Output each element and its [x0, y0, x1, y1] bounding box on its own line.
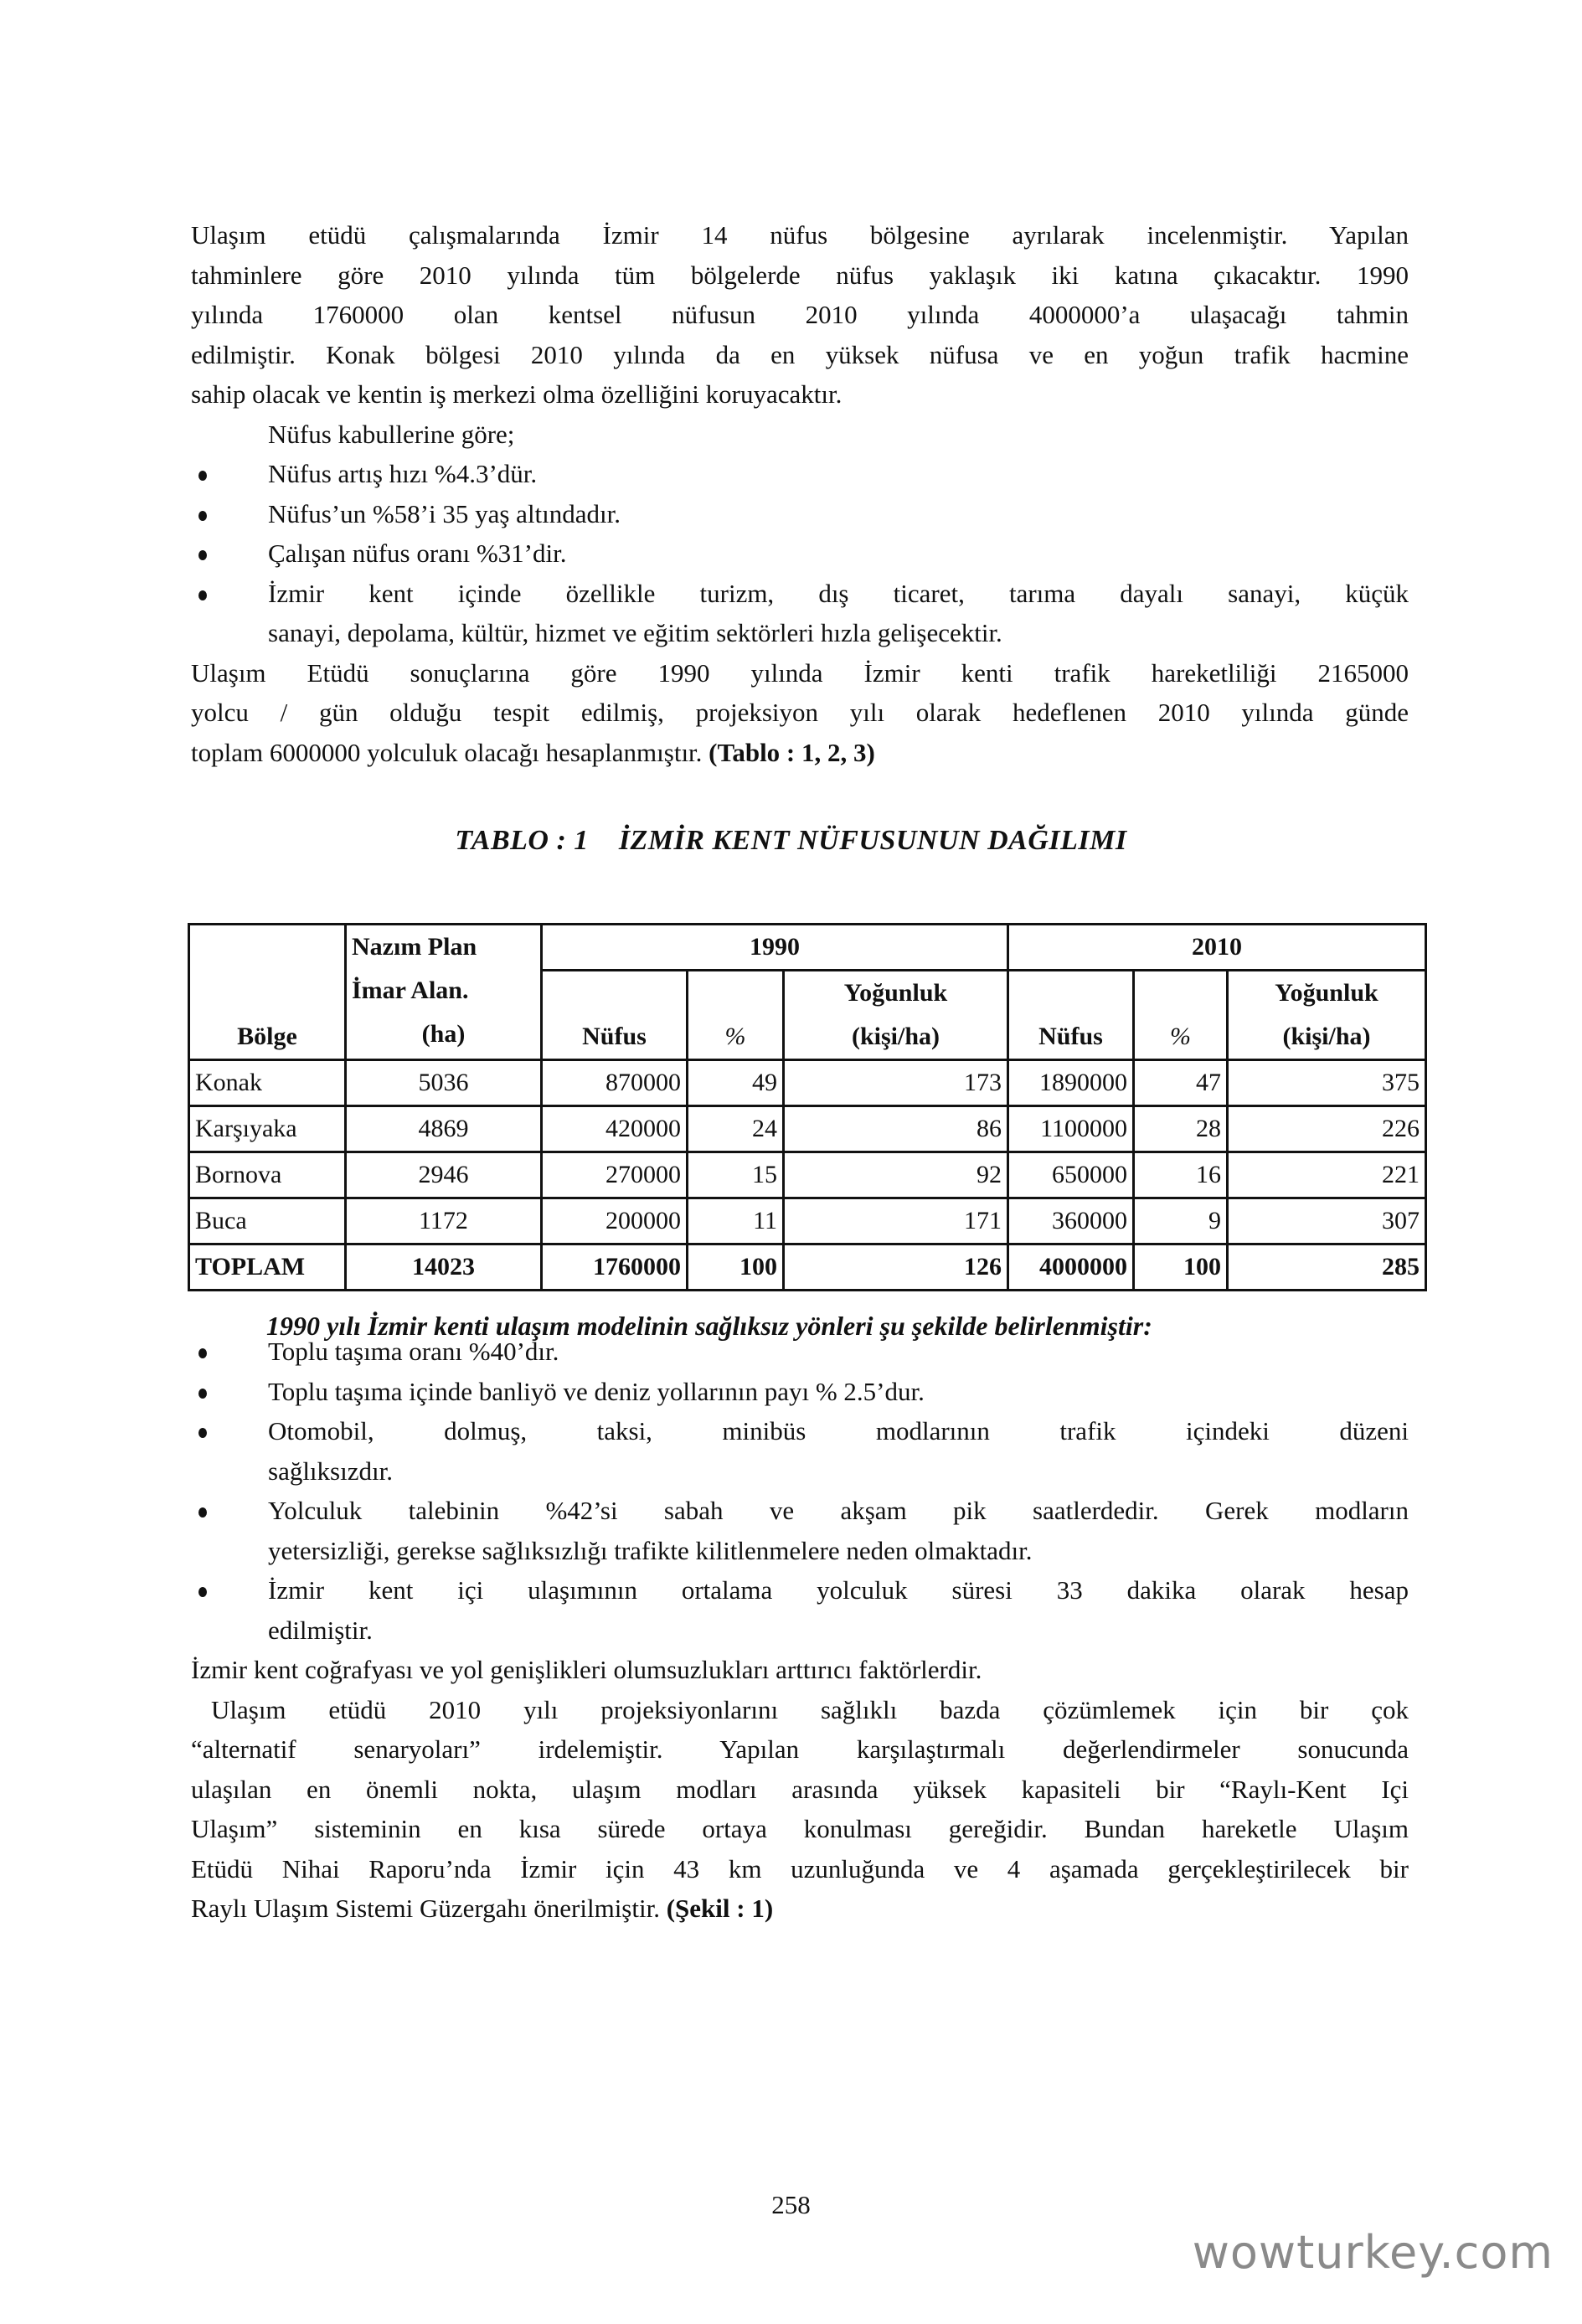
- page-number: 258: [0, 2190, 1582, 2220]
- table-cell-dens1990: 92: [784, 1152, 1008, 1198]
- table-cell-pct1990: 100: [688, 1244, 784, 1291]
- text-line: tahminlere göre 2010 yılında tüm bölgele…: [191, 255, 1409, 296]
- watermark: wowturkey.com: [1193, 2226, 1554, 2279]
- table-cell-region: TOPLAM: [189, 1244, 346, 1291]
- text-line: yolcu / gün olduğu tespit edilmiş, proje…: [191, 693, 1409, 733]
- list-item: Nüfus’un %58’i 35 yaş altındadır.: [191, 494, 1409, 534]
- table-cell-area: 1172: [346, 1198, 542, 1244]
- text-line: Ulaşım Etüdü sonuçlarına göre 1990 yılın…: [191, 653, 1409, 693]
- header-density-2010: Yoğunluk(kişi/ha): [1228, 971, 1426, 1060]
- problems-list: Toplu taşıma oranı %40’dır.Toplu taşıma …: [191, 1332, 1409, 1650]
- table-cell-region: Buca: [189, 1198, 346, 1244]
- table-cell-dens2010: 226: [1228, 1106, 1426, 1152]
- table-cell-area: 14023: [346, 1244, 542, 1291]
- table-row: Konak503687000049173189000047375: [189, 1060, 1426, 1106]
- assumptions-list: Nüfus artış hızı %4.3’dür. Nüfus’un %58’…: [191, 454, 1409, 653]
- table-cell-dens1990: 173: [784, 1060, 1008, 1106]
- table-cell-pop2010: 650000: [1008, 1152, 1134, 1198]
- paragraph-conclusion: Ulaşım etüdü 2010 yılı projeksiyonlarını…: [191, 1690, 1409, 1730]
- header-2010: 2010: [1008, 925, 1426, 971]
- table-cell-pop1990: 200000: [542, 1198, 688, 1244]
- header-region: Bölge: [189, 925, 346, 1060]
- text-line: Ulaşım etüdü çalışmalarında İzmir 14 nüf…: [191, 215, 1409, 255]
- table-cell-area: 5036: [346, 1060, 542, 1106]
- table-body: Konak503687000049173189000047375Karşıyak…: [189, 1060, 1426, 1291]
- header-population-2010: Nüfus: [1008, 971, 1134, 1060]
- table-cell-pct2010: 28: [1134, 1106, 1228, 1152]
- header-percent-1990: %: [688, 971, 784, 1060]
- table-total-row: TOPLAM1402317600001001264000000100285: [189, 1244, 1426, 1291]
- table-cell-pct2010: 16: [1134, 1152, 1228, 1198]
- table-cell-pop1990: 270000: [542, 1152, 688, 1198]
- table-row: Buca1172200000111713600009307: [189, 1198, 1426, 1244]
- text-line: edilmiştir. Konak bölgesi 2010 yılında d…: [191, 335, 1409, 375]
- list-item: Çalışan nüfus oranı %31’dir.: [191, 533, 1409, 574]
- header-density-1990: Yoğunluk(kişi/ha): [784, 971, 1008, 1060]
- table-cell-area: 4869: [346, 1106, 542, 1152]
- text-line: yılında 1760000 olan kentsel nüfusun 201…: [191, 295, 1409, 335]
- paragraph-intro: Ulaşım etüdü çalışmalarında İzmir 14 nüf…: [191, 215, 1409, 772]
- text-line: İzmir kent coğrafyası ve yol genişlikler…: [191, 1650, 1409, 1690]
- table-cell-pct1990: 24: [688, 1106, 784, 1152]
- table-row: Karşıyaka48694200002486110000028226: [189, 1106, 1426, 1152]
- list-item: İzmir kent içinde özellikle turizm, dış …: [191, 574, 1409, 653]
- list-item: Yolculuk talebinin %42’si sabah ve akşam…: [191, 1491, 1409, 1570]
- table-cell-region: Bornova: [189, 1152, 346, 1198]
- figure-reference: (Şekil : 1): [667, 1894, 773, 1923]
- table-cell-dens1990: 171: [784, 1198, 1008, 1244]
- table-cell-pct2010: 9: [1134, 1198, 1228, 1244]
- problems-section: Toplu taşıma oranı %40’dır.Toplu taşıma …: [191, 1332, 1409, 1929]
- table-cell-pct1990: 49: [688, 1060, 784, 1106]
- population-table: Bölge Nazım Plan İmar Alan. (ha) 1990 20…: [188, 923, 1427, 1291]
- list-item: Nüfus artış hızı %4.3’dür.: [191, 454, 1409, 494]
- table-cell-pct2010: 47: [1134, 1060, 1228, 1106]
- table-cell-dens1990: 126: [784, 1244, 1008, 1291]
- assumptions-intro: Nüfus kabullerine göre;: [191, 415, 1409, 455]
- table-reference: (Tablo : 1, 2, 3): [709, 738, 875, 767]
- list-item: İzmir kent içi ulaşımının ortalama yolcu…: [191, 1570, 1409, 1650]
- table-cell-pct2010: 100: [1134, 1244, 1228, 1291]
- header-1990: 1990: [542, 925, 1008, 971]
- table-cell-pop1990: 870000: [542, 1060, 688, 1106]
- table-cell-pop2010: 360000: [1008, 1198, 1134, 1244]
- table-title: TABLO : 1İZMİR KENT NÜFUSUNUN DAĞILIMI: [0, 825, 1582, 857]
- table-cell-pct1990: 11: [688, 1198, 784, 1244]
- table-cell-dens2010: 221: [1228, 1152, 1426, 1198]
- table-cell-pop2010: 1100000: [1008, 1106, 1134, 1152]
- table-cell-dens2010: 375: [1228, 1060, 1426, 1106]
- table-cell-dens2010: 307: [1228, 1198, 1426, 1244]
- table-cell-dens2010: 285: [1228, 1244, 1426, 1291]
- list-item: Toplu taşıma içinde banliyö ve deniz yol…: [191, 1372, 1409, 1412]
- text-line: toplam 6000000 yolculuk olacağı hesaplan…: [191, 733, 1409, 773]
- header-population-1990: Nüfus: [542, 971, 688, 1060]
- table-cell-region: Konak: [189, 1060, 346, 1106]
- table-cell-pop1990: 1760000: [542, 1244, 688, 1291]
- table-row: Bornova2946270000159265000016221: [189, 1152, 1426, 1198]
- table-cell-dens1990: 86: [784, 1106, 1008, 1152]
- list-item: Otomobil, dolmuş, taksi, minibüs modları…: [191, 1411, 1409, 1491]
- header-area: Nazım Plan İmar Alan. (ha): [346, 925, 542, 1060]
- table-cell-region: Karşıyaka: [189, 1106, 346, 1152]
- list-item: Toplu taşıma oranı %40’dır.: [191, 1332, 1409, 1372]
- text-line: sahip olacak ve kentin iş merkezi olma ö…: [191, 374, 1409, 415]
- table-cell-pct1990: 15: [688, 1152, 784, 1198]
- table-cell-area: 2946: [346, 1152, 542, 1198]
- table-cell-pop1990: 420000: [542, 1106, 688, 1152]
- table-cell-pop2010: 1890000: [1008, 1060, 1134, 1106]
- header-percent-2010: %: [1134, 971, 1228, 1060]
- table-cell-pop2010: 4000000: [1008, 1244, 1134, 1291]
